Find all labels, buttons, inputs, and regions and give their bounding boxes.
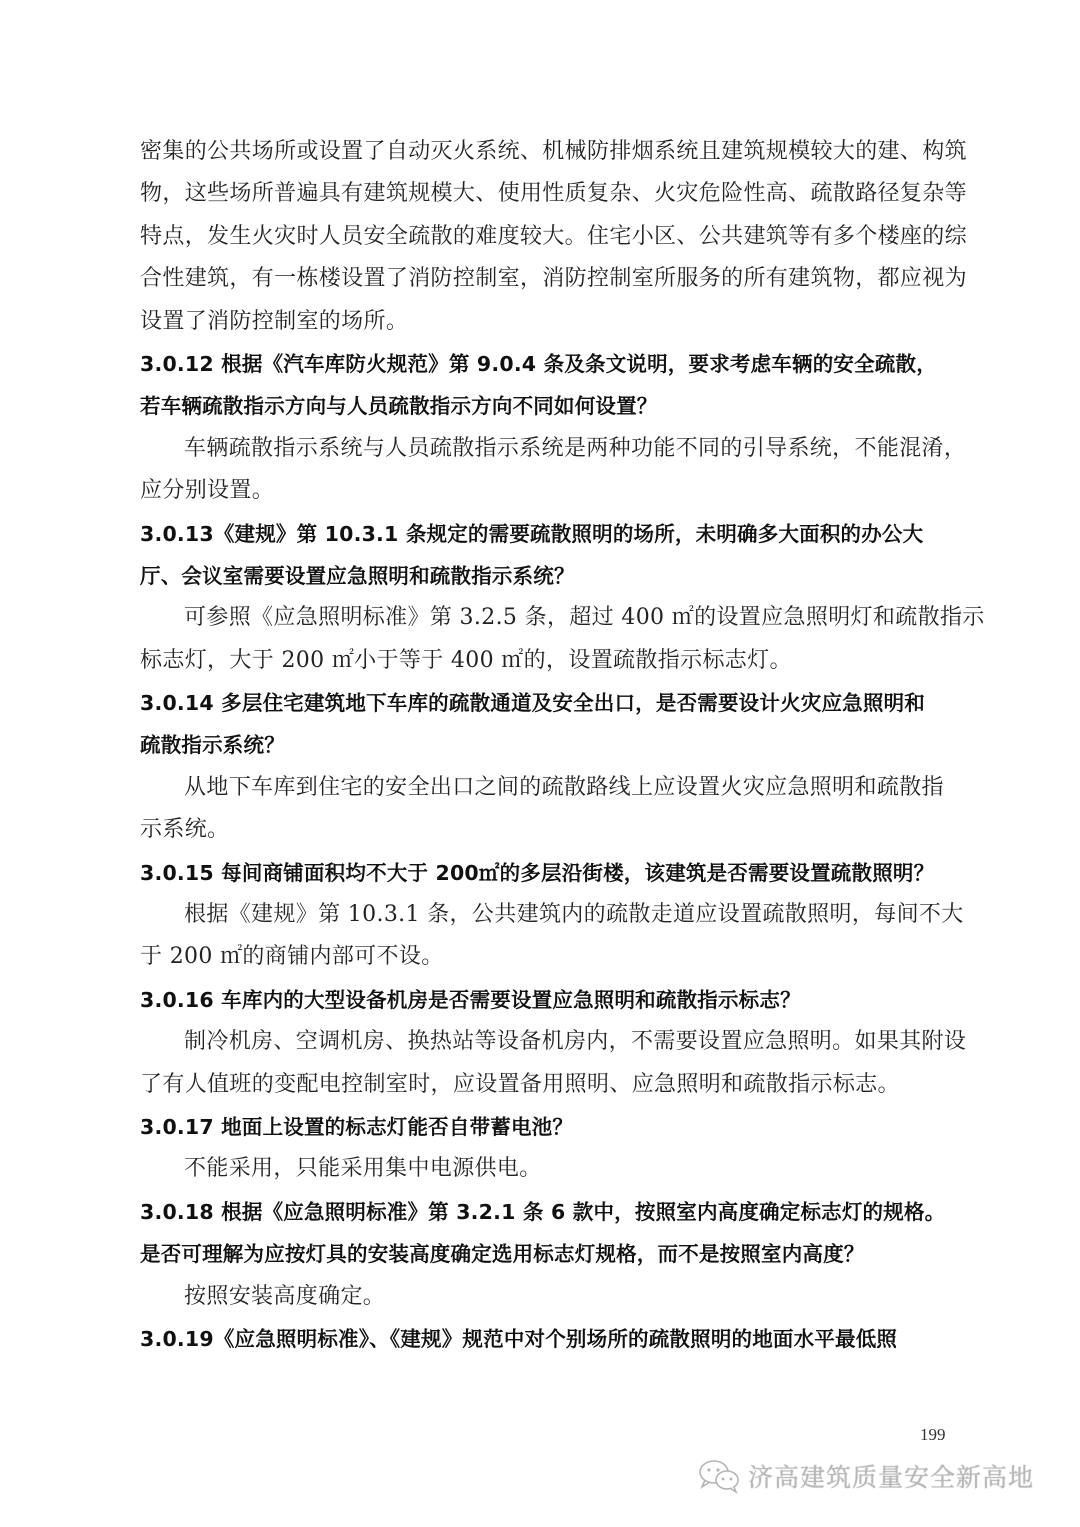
- answer-line: 标志灯，大于 200 ㎡小于等于 400 ㎡的，设置疏散指示标志灯。: [140, 640, 942, 682]
- question-line: 3.0.19《应急照明标准》、《建规》规范中对个别场所的疏散照明的地面水平最低照: [140, 1318, 942, 1360]
- answer-line: 设置了消防控制室的场所。: [140, 301, 942, 343]
- question-line: 3.0.16 车库内的大型设备机房是否需要设置应急照明和疏散指示标志？: [140, 979, 942, 1021]
- wechat-icon: [698, 1458, 742, 1494]
- answer-line: 了有人值班的变配电控制室时，应设置备用照明、应急照明和疏散指示标志。: [140, 1064, 942, 1106]
- question-line: 3.0.14 多层住宅建筑地下车库的疏散通道及安全出口，是否需要设计火灾应急照明…: [140, 682, 942, 724]
- answer-line: 从地下车库到住宅的安全出口之间的疏散路线上应设置火灾应急照明和疏散指: [140, 767, 942, 809]
- watermark: 济高建筑质量安全新高地: [698, 1458, 1034, 1494]
- question-line: 若车辆疏散指示方向与人员疏散指示方向不同如何设置？: [140, 385, 942, 427]
- question-line: 疏散指示系统？: [140, 724, 942, 766]
- document-body: 密集的公共场所或设置了自动灭火系统、机械防排烟系统且建筑规模较大的建、构筑物，这…: [140, 131, 942, 1360]
- question-line: 厅、会议室需要设置应急照明和疏散指示系统？: [140, 555, 942, 597]
- answer-line: 于 200 ㎡的商铺内部可不设。: [140, 936, 942, 978]
- question-line: 3.0.13《建规》第 10.3.1 条规定的需要疏散照明的场所，未明确多大面积…: [140, 513, 942, 555]
- question-line: 3.0.17 地面上设置的标志灯能否自带蓄电池？: [140, 1106, 942, 1148]
- answer-line: 根据《建规》第 10.3.1 条，公共建筑内的疏散走道应设置疏散照明，每间不大: [140, 894, 942, 936]
- answer-line: 制冷机房、空调机房、换热站等设备机房内，不需要设置应急照明。如果其附设: [140, 1021, 942, 1063]
- answer-line: 特点，发生火灾时人员安全疏散的难度较大。住宅小区、公共建筑等有多个楼座的综: [140, 216, 942, 258]
- answer-line: 按照安装高度确定。: [140, 1276, 942, 1318]
- answer-line: 可参照《应急照明标准》第 3.2.5 条，超过 400 ㎡的设置应急照明灯和疏散…: [140, 597, 942, 639]
- watermark-text: 济高建筑质量安全新高地: [748, 1458, 1034, 1494]
- answer-line: 密集的公共场所或设置了自动灭火系统、机械防排烟系统且建筑规模较大的建、构筑: [140, 131, 942, 173]
- question-line: 是否可理解为应按灯具的安装高度确定选用标志灯规格，而不是按照室内高度？: [140, 1233, 942, 1275]
- answer-line: 车辆疏散指示系统与人员疏散指示系统是两种功能不同的引导系统，不能混淆，: [140, 428, 942, 470]
- question-line: 3.0.12 根据《汽车库防火规范》第 9.0.4 条及条文说明，要求考虑车辆的…: [140, 343, 942, 385]
- question-line: 3.0.18 根据《应急照明标准》第 3.2.1 条 6 款中，按照室内高度确定…: [140, 1191, 942, 1233]
- answer-line: 应分别设置。: [140, 470, 942, 512]
- answer-line: 物，这些场所普遍具有建筑规模大、使用性质复杂、火灾危险性高、疏散路径复杂等: [140, 173, 942, 215]
- answer-line: 不能采用，只能采用集中电源供电。: [140, 1148, 942, 1190]
- document-page: 密集的公共场所或设置了自动灭火系统、机械防排烟系统且建筑规模较大的建、构筑物，这…: [0, 0, 1080, 1527]
- page-number: 199: [920, 1425, 946, 1445]
- answer-line: 合性建筑，有一栋楼设置了消防控制室，消防控制室所服务的所有建筑物，都应视为: [140, 258, 942, 300]
- question-line: 3.0.15 每间商铺面积均不大于 200㎡的多层沿街楼，该建筑是否需要设置疏散…: [140, 852, 942, 894]
- answer-line: 示系统。: [140, 809, 942, 851]
